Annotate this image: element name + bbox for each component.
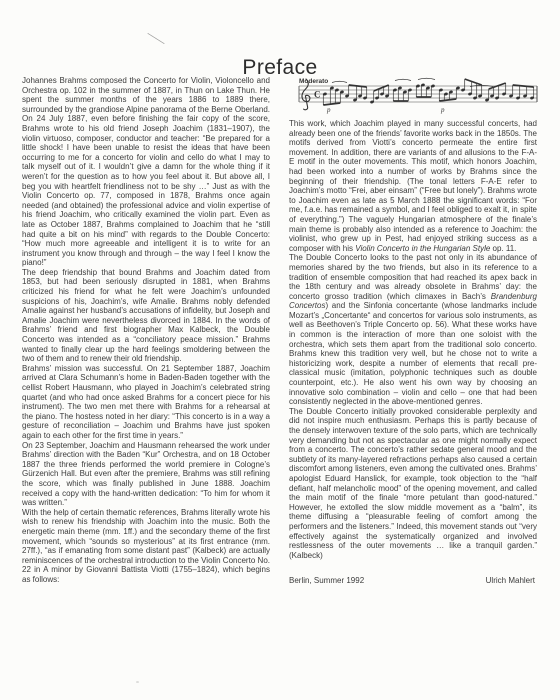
paragraph: The Double Concerto looks to the past no… bbox=[289, 253, 537, 407]
pencil-mark-artifact bbox=[147, 33, 164, 44]
scan-speck-artifact bbox=[136, 681, 139, 683]
paragraph: On 23 September, Joachim and Hausmann re… bbox=[22, 441, 270, 508]
dynamic-marking: p bbox=[440, 106, 445, 114]
tempo-marking: Moderato bbox=[299, 78, 328, 85]
music-incipit: Moderato C pp bbox=[289, 76, 539, 116]
dynamic-marking: p bbox=[326, 106, 331, 114]
left-column: Johannes Brahms composed the Concerto fo… bbox=[22, 76, 270, 585]
paragraph: The Double Concerto initially provoked c… bbox=[289, 407, 537, 561]
paragraph: Johannes Brahms composed the Concerto fo… bbox=[22, 76, 270, 268]
colophon-author: Ulrich Mahlert bbox=[486, 576, 535, 585]
paragraph: The deep friendship that bound Brahms an… bbox=[22, 268, 270, 364]
paragraph: This work, which Joachim played in many … bbox=[289, 119, 537, 253]
right-column: Moderato C pp bbox=[289, 76, 537, 585]
preface-page: Preface Johannes Brahms composed the Con… bbox=[0, 0, 560, 700]
text-columns: Johannes Brahms composed the Concerto fo… bbox=[22, 76, 538, 585]
paragraph: Brahms’ mission was successful. On 21 Se… bbox=[22, 364, 270, 441]
paragraph: With the help of certain thematic refere… bbox=[22, 508, 270, 585]
colophon-place-date: Berlin, Summer 1992 bbox=[289, 576, 364, 585]
music-incipit-staff: Moderato C pp bbox=[289, 76, 539, 116]
colophon: Berlin, Summer 1992 Ulrich Mahlert bbox=[289, 576, 537, 585]
time-signature: C bbox=[314, 90, 321, 100]
staff-lines bbox=[299, 86, 537, 102]
right-column-text: This work, which Joachim played in many … bbox=[289, 119, 537, 560]
note-group: pp bbox=[323, 78, 534, 114]
